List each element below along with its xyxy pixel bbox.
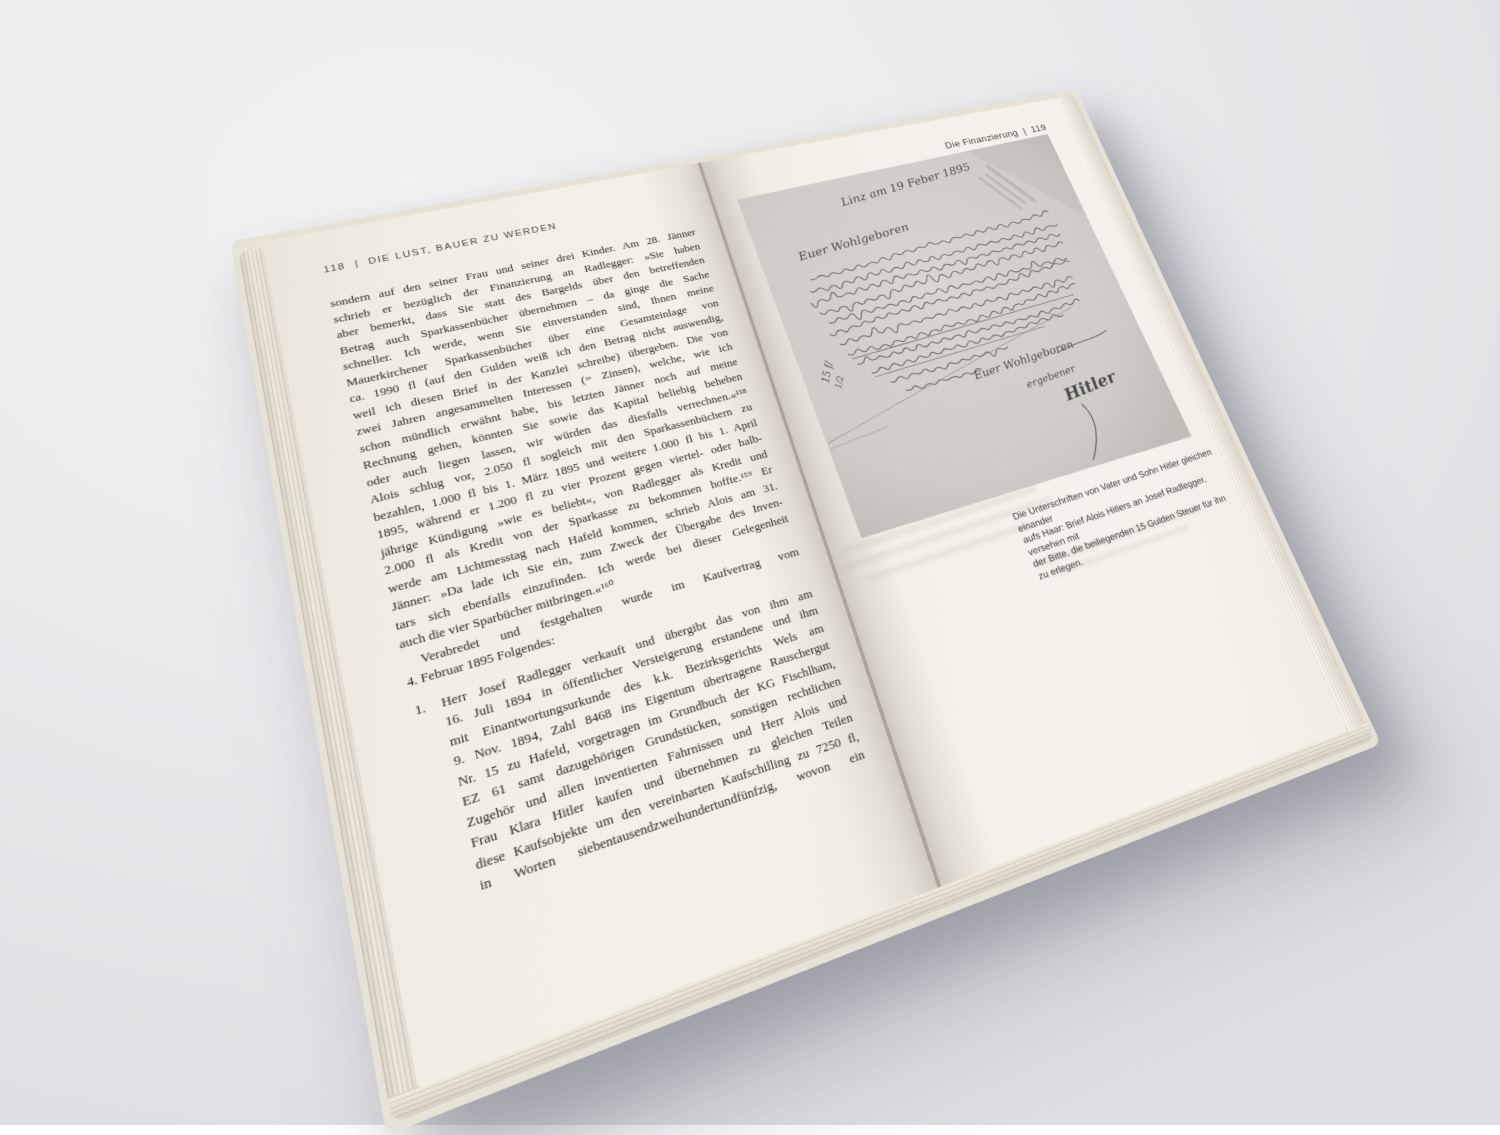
open-book: 118 | DIE LUST, BAUER ZU WERDEN sondern … xyxy=(262,98,1348,1088)
list-number: 1. xyxy=(413,698,427,721)
photo-backdrop: 118 | DIE LUST, BAUER ZU WERDEN sondern … xyxy=(0,0,1500,1125)
